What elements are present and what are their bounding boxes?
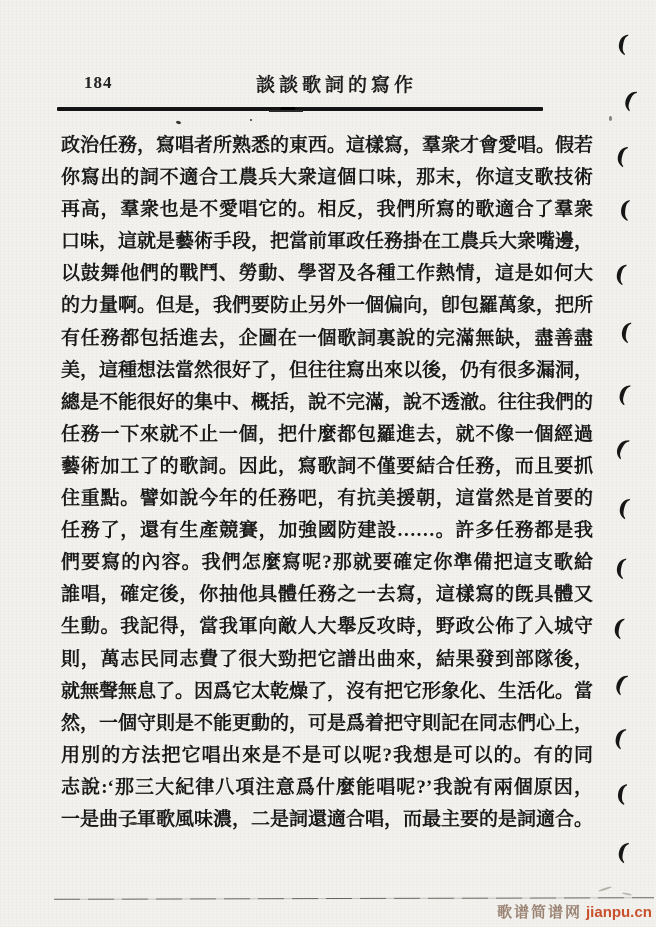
text-line: 誰唱，確定後，你抽他具體任務之一去寫，這樣寫的旣具體又 bbox=[61, 579, 593, 611]
text-line: 有任務都包括進去，企圖在一個歌詞裏說的完滿無缺，盡善盡 bbox=[61, 323, 593, 355]
text-line: 美，這種想法當然很好了，但往往寫出來以後，仍有很多漏洞， bbox=[61, 355, 593, 387]
body-text-block: 政治任務，寫唱者所熟悉的東西。這樣寫，羣衆才會愛唱。假若你寫出的詞不適合工農兵大… bbox=[61, 130, 593, 836]
ink-speck bbox=[609, 116, 612, 121]
text-line: 生動。我記得，當我軍向敵人大舉反攻時，野政公佈了入城守 bbox=[61, 611, 593, 643]
text-line: 任務一下來就不止一個，把什麼都包羅進去，就不像一個經過 bbox=[61, 419, 593, 451]
text-line: 總是不能很好的集中、概括，說不完滿，說不透澈。往往我們的 bbox=[61, 387, 593, 419]
binding-mark-icon: ( bbox=[615, 31, 630, 56]
page-number: 184 bbox=[84, 73, 113, 93]
scanned-book-page: 184 談談歌詞的寫作 政治任務，寫唱者所熟悉的東西。這樣寫，羣衆才會愛唱。假若… bbox=[0, 0, 656, 927]
footer-scan-line bbox=[54, 897, 654, 900]
binding-mark-icon: ( bbox=[618, 197, 631, 221]
pencil-scribble bbox=[598, 886, 612, 892]
text-line: 則，萬志民同志費了很大勁把它譜出曲來，結果發到部隊後， bbox=[61, 644, 593, 676]
binding-mark-icon: ( bbox=[614, 781, 628, 805]
ink-speck bbox=[250, 119, 252, 121]
text-line: 以鼓舞他們的戰鬥、勞動、學習及各種工作熱情，這是如何大 bbox=[61, 258, 593, 290]
binding-mark-icon: ( bbox=[613, 555, 628, 580]
text-line: 住重點。譬如說今年的任務吧，有抗美援朝，這當然是首要的 bbox=[61, 483, 593, 515]
binding-mark-icon: ( bbox=[620, 87, 639, 112]
binding-mark-icon: ( bbox=[611, 671, 630, 696]
watermark-site-name: 歌谱简谱网 bbox=[497, 904, 582, 921]
text-line: 然，一個守則是不能更動的，可是爲着把守則記在同志們心上， bbox=[61, 708, 593, 740]
text-line: 的力量啊。但是，我們要防止另外一個偏向，卽包羅萬象，把所 bbox=[61, 290, 593, 322]
text-line: 再高，羣衆也是不愛唱它的。相反，我們所寫的歌適合了羣衆 bbox=[61, 194, 593, 226]
binding-mark-icon: ( bbox=[613, 143, 629, 168]
binding-mark-icon: ( bbox=[611, 615, 626, 640]
binding-mark-icon: ( bbox=[613, 261, 628, 286]
binding-mark-icon: ( bbox=[615, 381, 632, 406]
text-line: 們要寫的內容。我們怎麼寫呢?那就要確定你準備把這支歌給 bbox=[61, 547, 593, 579]
binding-mark-icon: ( bbox=[618, 319, 633, 344]
header-rule bbox=[57, 107, 543, 111]
text-line: 志說:‘那三大紀律八項注意爲什麼能唱呢?’我說有兩個原因， bbox=[61, 772, 593, 804]
watermark-site-url: jianpu.cn bbox=[586, 904, 652, 921]
text-line: 就無聲無息了。因爲它太乾燥了，沒有把它形象化、生活化。當 bbox=[61, 676, 593, 708]
binding-mark-icon: ( bbox=[612, 435, 632, 460]
text-line: 一是曲子軍歌風味濃，二是詞還適合唱，而最主要的是詞適合。 bbox=[61, 804, 593, 836]
binding-mark-icon: ( bbox=[611, 725, 628, 750]
text-line: 口味，這就是藝術手段，把當前軍政任務掛在工農兵大衆嘴邊， bbox=[61, 226, 593, 258]
binding-mark-icon: ( bbox=[614, 839, 630, 864]
text-line: 政治任務，寫唱者所熟悉的東西。這樣寫，羣衆才會愛唱。假若 bbox=[61, 130, 593, 162]
running-header-title: 談談歌詞的寫作 bbox=[256, 70, 431, 97]
watermark: 歌谱简谱网jianpu.cn bbox=[497, 901, 652, 922]
text-line: 任務了，還有生產競賽，加強國防建設……。許多任務都是我 bbox=[61, 515, 593, 547]
pencil-scribble bbox=[622, 892, 632, 896]
ink-speck bbox=[129, 822, 138, 825]
text-line: 藝術加工了的歌詞。因此，寫歌詞不僅要結合任務，而且要抓 bbox=[61, 451, 593, 483]
text-line: 你寫出的詞不適合工農兵大衆這個口味，那末，你這支歌技術 bbox=[61, 162, 593, 194]
binding-mark-icon: ( bbox=[615, 495, 631, 520]
text-line: 用別的方法把它唱出來是不是可以呢?我想是可以的。有的同 bbox=[61, 740, 593, 772]
ink-speck bbox=[176, 120, 182, 124]
